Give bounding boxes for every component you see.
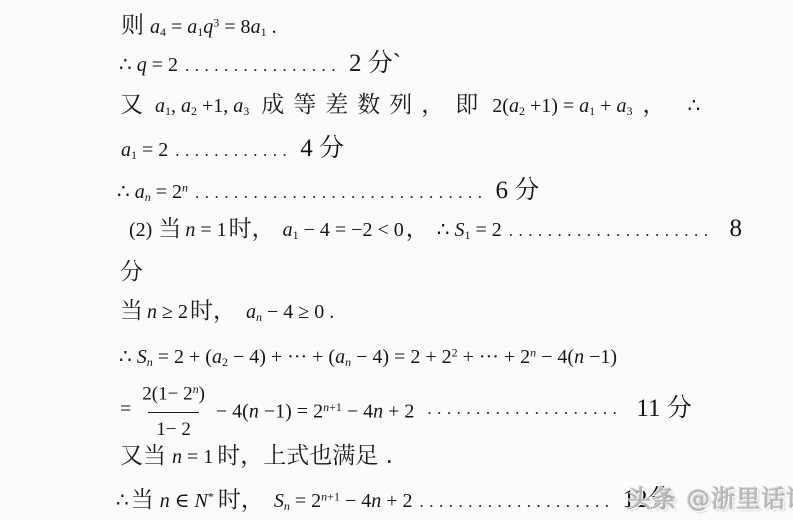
solution-line-4: a1 = 2............4 分 — [121, 134, 344, 170]
math-formula: ∴ q = 2 — [119, 54, 178, 76]
solution-line-2: ∴ q = 2................2 分` — [119, 49, 401, 82]
solution-line-1: 则a4 = a1q3 = 8a1 . — [121, 7, 277, 47]
fraction-numerator: 2(1− 2n) — [137, 374, 210, 412]
math-formula: n ≥ 2 — [147, 301, 188, 323]
score-mark: 2 分` — [349, 50, 401, 77]
equals-sign: = — [120, 394, 131, 424]
chinese-text: 时， — [218, 487, 264, 513]
chinese-text: 时， — [229, 216, 275, 242]
dot-leader: ..................... — [509, 221, 714, 240]
math-formula: ∴ S1 = 2 — [437, 219, 502, 241]
dot-leader: ................ — [185, 56, 341, 75]
fraction-denominator: 1− 2 — [148, 412, 198, 445]
math-formula: ∴ an = 2n — [117, 181, 188, 203]
math-formula: Sn = 2n+1 − 4n + 2 — [274, 490, 413, 512]
fraction: 2(1− 2n) 1− 2 — [137, 374, 210, 445]
chinese-text: 又 — [120, 92, 143, 118]
solution-line-11: 又当n = 1时，上式也满足 . — [120, 441, 393, 474]
solution-line-3: 又a1, a2 +1, a3成等差数列，即2(a2 +1) = a1 + a3，… — [120, 90, 700, 126]
math-formula: n ∈ N* — [160, 490, 214, 512]
score-mark: 11 分 — [636, 394, 691, 424]
math-formula: a4 = a1q3 = 8a1 . — [150, 16, 277, 38]
therefore-symbol: ∴ — [116, 490, 129, 512]
solution-line-10: = 2(1− 2n) 1− 2 − 4(n −1) = 2n+1 − 4n + … — [120, 374, 692, 445]
chinese-text: 当 — [158, 216, 181, 242]
document-page: 则a4 = a1q3 = 8a1 . ∴ q = 2..............… — [0, 0, 793, 520]
score-mark-wrapped: 分 — [120, 259, 143, 285]
math-formula: n = 1 — [185, 219, 226, 241]
solution-line-12: ∴当n ∈ N*时，Sn = 2n+1 − 4n + 2............… — [116, 481, 673, 520]
math-formula: − 4(n −1) = 2n+1 − 4n + 2 — [216, 392, 415, 427]
dot-leader: .................... — [420, 492, 615, 511]
chinese-text: 时，上式也满足 . — [217, 443, 393, 469]
score-mark: 6 分 — [496, 177, 540, 204]
therefore-symbol: ∴ — [687, 95, 700, 117]
chinese-text: 当 — [131, 487, 154, 513]
chinese-text: 即 — [455, 92, 478, 118]
chinese-text: 又当 — [120, 443, 166, 469]
math-formula: ∴ Sn = 2 + (a2 − 4) + ··· + (an − 4) = 2… — [119, 346, 617, 368]
math-formula: n = 1 — [172, 446, 213, 468]
solution-line-8: 当n ≥ 2时，an − 4 ≥ 0 . — [120, 296, 334, 332]
math-formula: a1, a2 +1, a3 — [155, 95, 249, 117]
chinese-comma: ， — [642, 92, 665, 118]
chinese-text: 则 — [121, 13, 144, 39]
math-formula: an − 4 ≥ 0 . — [246, 301, 334, 323]
math-formula: a1 − 4 = −2 < 0 — [283, 219, 404, 241]
math-formula: a1 = 2 — [121, 139, 168, 161]
dot-leader: .................... — [427, 394, 622, 424]
math-formula: 2(a2 +1) = a1 + a3 — [492, 95, 632, 117]
solution-line-7: 分 — [120, 257, 143, 290]
dot-leader: .............................. — [195, 183, 488, 202]
watermark: 头条 @浙里话语 — [627, 479, 793, 514]
solution-line-6: (2)当n = 1时，a1 − 4 = −2 < 0，∴ S1 = 2.....… — [129, 214, 742, 250]
score-mark: 4 分 — [300, 135, 344, 162]
solution-line-9: ∴ Sn = 2 + (a2 − 4) + ··· + (an − 4) = 2… — [119, 337, 617, 377]
chinese-comma: ， — [406, 216, 429, 242]
item-number: (2) — [129, 219, 152, 241]
chinese-text: 成等差数列， — [261, 92, 453, 118]
chinese-text: 当 — [120, 298, 143, 324]
solution-line-5: ∴ an = 2n..............................6… — [117, 172, 539, 212]
score-mark: 8 — [730, 215, 743, 242]
chinese-text: 时， — [190, 298, 236, 324]
dot-leader: ............ — [175, 141, 292, 160]
